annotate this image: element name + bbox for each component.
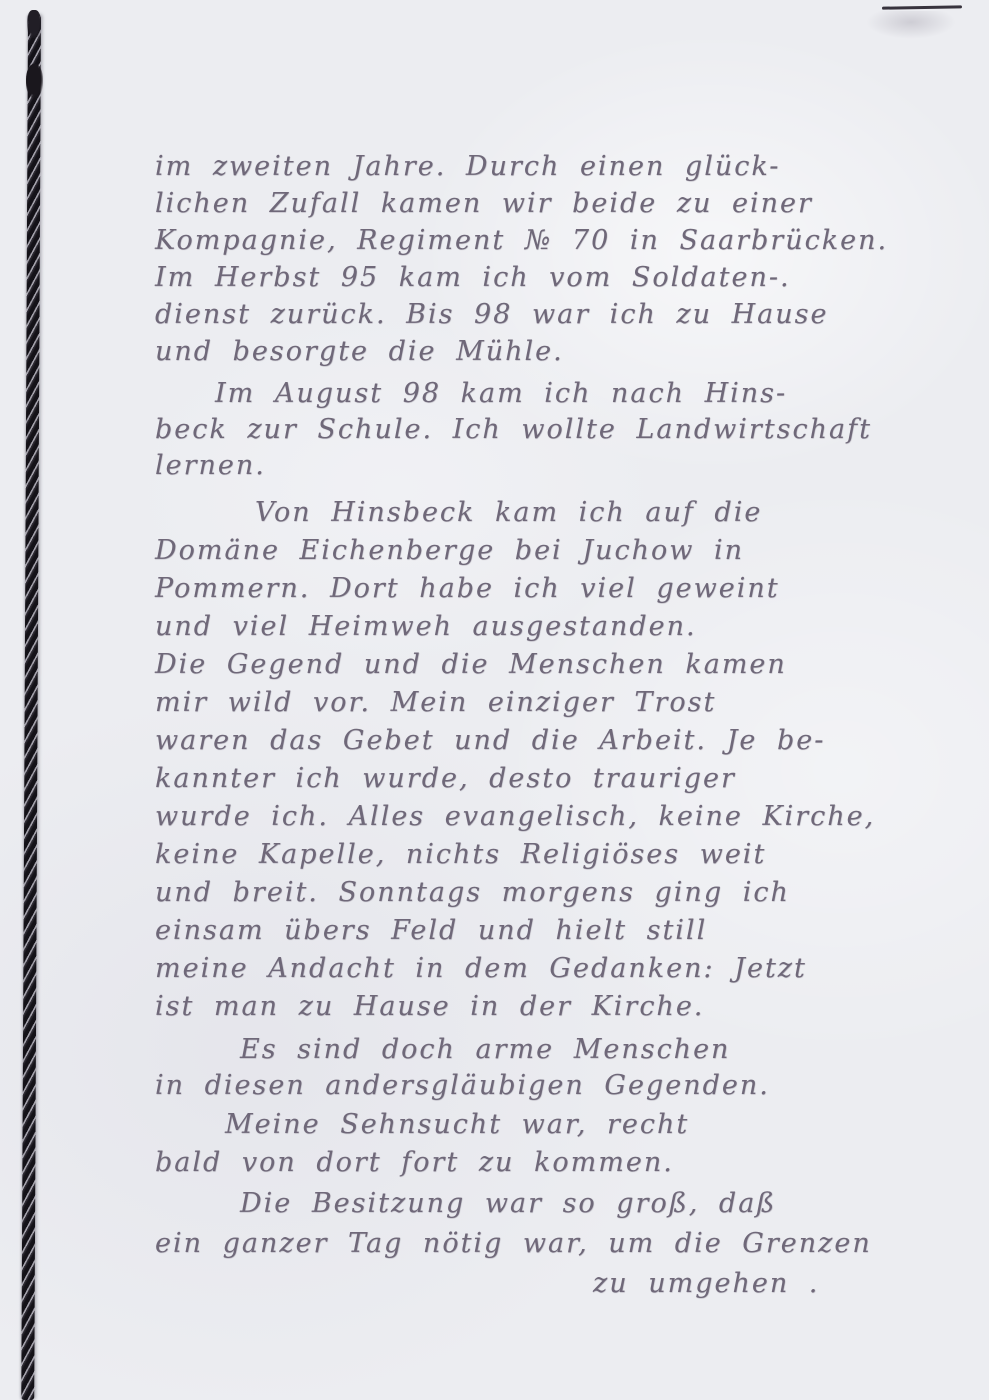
text-line: Kompagnie, Regiment № 70 in Saarbrücken. [155,222,895,259]
scan-artifact-smudge [866,11,956,39]
text-line: ist man zu Hause in der Kirche. [155,988,895,1026]
scanned-page: im zweiten Jahre. Durch einen glück- lic… [0,0,989,1400]
text-line: kannter ich wurde, desto trauriger [155,760,895,798]
paragraph-3: Von Hinsbeck kam ich auf die Domäne Eich… [155,494,895,1026]
text-line: Pommern. Dort habe ich viel geweint [155,570,895,608]
text-line: lichen Zufall kamen wir beide zu einer [155,185,895,222]
text-line: und breit. Sonntags morgens ging ich [155,874,895,912]
paragraph-2: Im August 98 kam ich nach Hins- beck zur… [155,376,895,484]
text-line: und viel Heimweh ausgestanden. [155,608,895,646]
text-line: einsam übers Feld und hielt still [155,912,895,950]
text-line: meine Andacht in dem Gedanken: Jetzt [155,950,895,988]
text-line: und besorgte die Mühle. [155,333,895,370]
text-line: keine Kapelle, nichts Religiöses weit [155,836,895,874]
text-line: Es sind doch arme Menschen [155,1032,895,1068]
scan-artifact-line [882,5,962,9]
paragraph-4: Es sind doch arme Menschen in diesen and… [155,1032,895,1104]
text-line: mir wild vor. Mein einziger Trost [155,684,895,722]
text-line: im zweiten Jahre. Durch einen glück- [155,148,895,185]
text-line: Von Hinsbeck kam ich auf die [155,494,895,532]
text-line: wurde ich. Alles evangelisch, keine Kirc… [155,798,895,836]
binding-cord-icon [21,14,41,1400]
text-line: Domäne Eichenberge bei Juchow in [155,532,895,570]
text-line: lernen. [155,448,895,484]
text-line: Im August 98 kam ich nach Hins- [155,376,895,412]
text-line: in diesen andersgläubigen Gegenden. [155,1068,895,1104]
text-line: dienst zurück. Bis 98 war ich zu Hause [155,296,895,333]
paragraph-6: Die Besitzung war so groß, daß ein ganze… [155,1184,895,1304]
paragraph-1: im zweiten Jahre. Durch einen glück- lic… [155,148,895,370]
binding-cord-top-segment [27,10,41,38]
text-line: zu umgehen . [593,1264,895,1304]
text-line: beck zur Schule. Ich wollte Landwirtscha… [155,412,895,448]
binding-cord-knot [26,64,43,98]
paragraph-5: Meine Sehnsucht war, recht bald von dort… [155,1106,895,1182]
text-line: ein ganzer Tag nötig war, um die Grenzen [155,1224,895,1264]
text-line: waren das Gebet und die Arbeit. Je be- [155,722,895,760]
text-line: Meine Sehnsucht war, recht [155,1106,895,1144]
handwritten-text: im zweiten Jahre. Durch einen glück- lic… [155,148,895,1304]
text-line: bald von dort fort zu kommen. [155,1144,895,1182]
text-line: Die Besitzung war so groß, daß [155,1184,895,1224]
text-line: Die Gegend und die Menschen kamen [155,646,895,684]
text-line: Im Herbst 95 kam ich vom Soldaten-. [155,259,895,296]
